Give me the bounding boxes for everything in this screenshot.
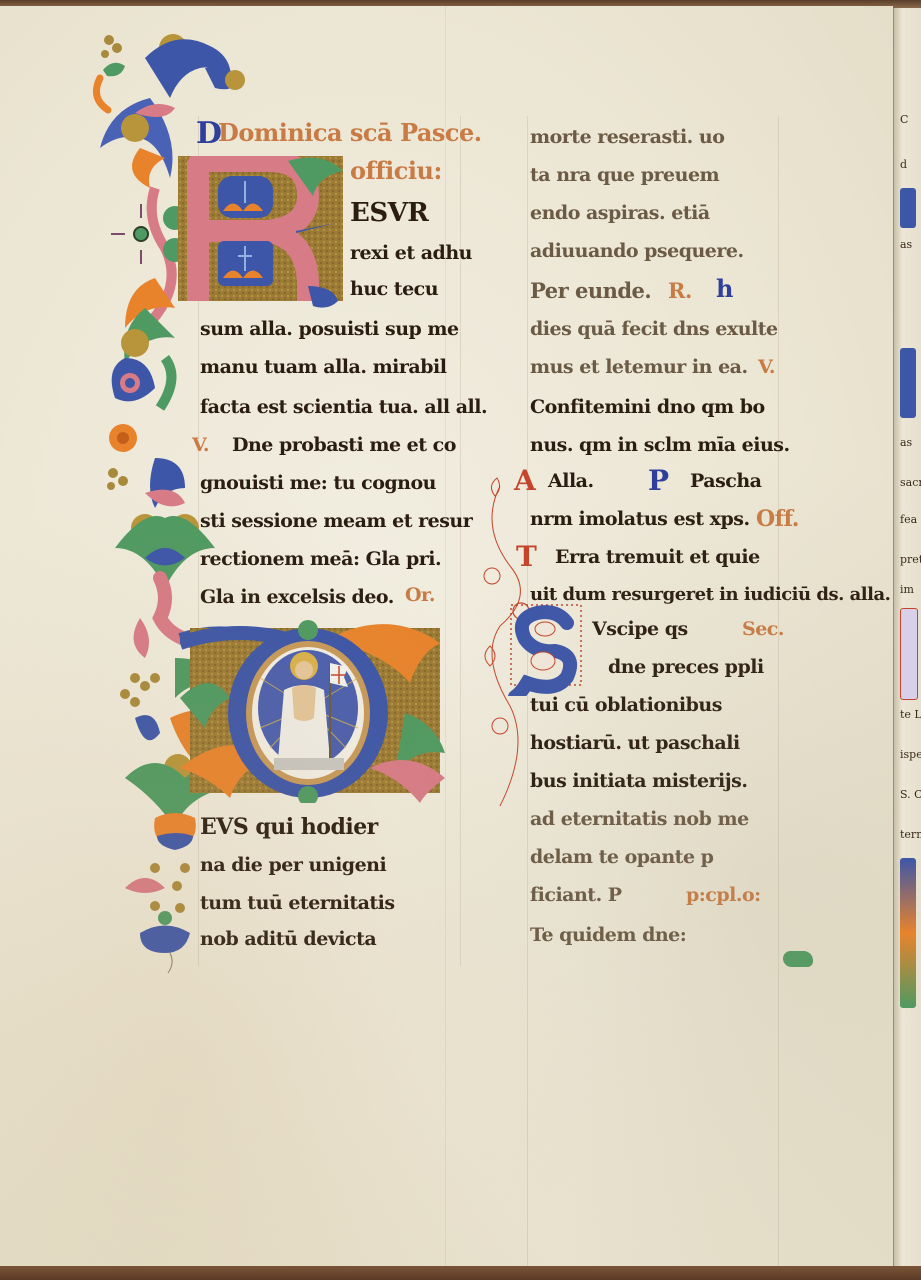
fragment: as: [900, 238, 912, 251]
manuscript-leaf: D Dominica scā Pasce. officiu: ESVR rexi…: [0, 6, 893, 1270]
fragment: sacr: [900, 476, 921, 489]
text-line: sum alla. posuisti sup me: [200, 318, 459, 340]
paint-blot: [783, 951, 813, 967]
text-line: nus. qm in sclm mīa eius.: [530, 434, 790, 456]
pen-flourished-initial-s-icon: [507, 601, 585, 696]
text-line: ESVR: [350, 198, 428, 228]
text-line: ad eternitatis nob me: [530, 808, 749, 830]
fold-line: [445, 6, 446, 1266]
text-line: Dne probasti me et co: [232, 434, 456, 456]
rubric-versicle: V.: [758, 356, 775, 378]
fragment: fea: [900, 513, 917, 526]
binding-bottom-edge: [0, 1266, 921, 1280]
text-line: Gla in excelsis deo.: [200, 586, 394, 608]
text-line: Alla.: [548, 470, 594, 492]
rubric-secreta: Sec.: [742, 618, 784, 640]
rubric-oratio: Or.: [405, 584, 435, 606]
text-line: ficiant. P: [530, 884, 622, 906]
rubric-prefatio: p:cpl.o:: [686, 884, 761, 906]
text-line: delam te opante p: [530, 846, 713, 868]
text-line: tum tuū eternitatis: [200, 892, 395, 914]
acanthus-border-icon: [85, 18, 275, 978]
text-line: rectionem meā: Gla pri.: [200, 548, 441, 570]
ruling-line: [198, 116, 199, 966]
fragment: im: [900, 583, 914, 596]
text-line: nrm imolatus est xps.: [530, 508, 750, 530]
rubric-responsory: R.: [668, 278, 692, 303]
rubric-officium: officiu:: [350, 156, 442, 185]
text-line: huc tecu: [350, 278, 438, 300]
fragment: te Lac: [900, 708, 921, 721]
fragment: isper: [900, 748, 921, 761]
blue-initial-fragment: [900, 188, 916, 228]
blue-initial-p: P: [648, 464, 669, 497]
text-line: dies quā fecit dns exulte: [530, 318, 778, 340]
blue-initial-h: h: [716, 274, 733, 303]
text-line: na die per unigeni: [200, 854, 386, 876]
text-line: Pascha: [690, 470, 761, 492]
initial-i-fragment: [900, 608, 918, 700]
ornament-fragment: [900, 858, 916, 1008]
adjacent-page-edge: C d as as sacr fea pret im te Lac isper …: [893, 8, 921, 1266]
red-initial-a: A: [514, 464, 535, 497]
fragment: S. C: [900, 788, 921, 801]
fragment: d: [900, 158, 907, 171]
fragment: pret: [900, 553, 921, 566]
text-line: manu tuam alla. mirabil: [200, 356, 446, 378]
text-line: ta nra que preuem: [530, 164, 719, 186]
text-line: tui cū oblationibus: [530, 694, 722, 716]
text-line: Vscipe qs: [592, 618, 688, 640]
text-line: endo aspiras. etiā: [530, 202, 710, 224]
ruling-line: [778, 116, 779, 1266]
text-line: facta est scientia tua. all all.: [200, 396, 487, 418]
text-line: nob aditū devicta: [200, 928, 376, 950]
text-line: rexi et adhu: [350, 242, 472, 264]
pen-flourish-icon: [470, 476, 530, 816]
text-line: Per eunde.: [530, 278, 651, 303]
text-line: adiuuando psequere.: [530, 240, 744, 262]
text-line: uit dum resurgeret in iudiciū ds. alla.: [530, 584, 890, 605]
fragment: C: [900, 113, 908, 126]
historiated-initial-d-risen-christ-icon: [180, 618, 448, 803]
text-line: dne preces ppli: [608, 656, 764, 678]
text-line: Confitemini dno qm bo: [530, 396, 765, 418]
text-line: Erra tremuit et quie: [555, 546, 760, 568]
text-line: sti sessione meam et resur: [200, 510, 472, 532]
blue-initial-fragment: [900, 348, 916, 418]
rubric-heading: Dominica scā Pasce.: [218, 118, 482, 147]
text-line: mus et letemur in ea.: [530, 356, 748, 378]
text-line: Te quidem dne:: [530, 924, 686, 946]
text-line: bus initiata misterijs.: [530, 770, 747, 792]
ruling-line: [527, 116, 528, 1266]
blue-initial-d: D: [196, 116, 222, 151]
illuminated-initial-r-icon: [178, 156, 343, 316]
red-initial-t: T: [516, 540, 536, 573]
rubric-versicle: V.: [192, 434, 209, 456]
ruling-line: [460, 116, 461, 966]
text-line: gnouisti me: tu cognou: [200, 472, 436, 494]
rubric-offertorium: Off.: [756, 506, 799, 532]
text-line: EVS qui hodier: [200, 814, 378, 840]
text-line: morte reserasti. uo: [530, 126, 724, 148]
fragment: as: [900, 436, 912, 449]
fragment: terni: [900, 828, 921, 841]
text-line: hostiarū. ut paschali: [530, 732, 740, 754]
